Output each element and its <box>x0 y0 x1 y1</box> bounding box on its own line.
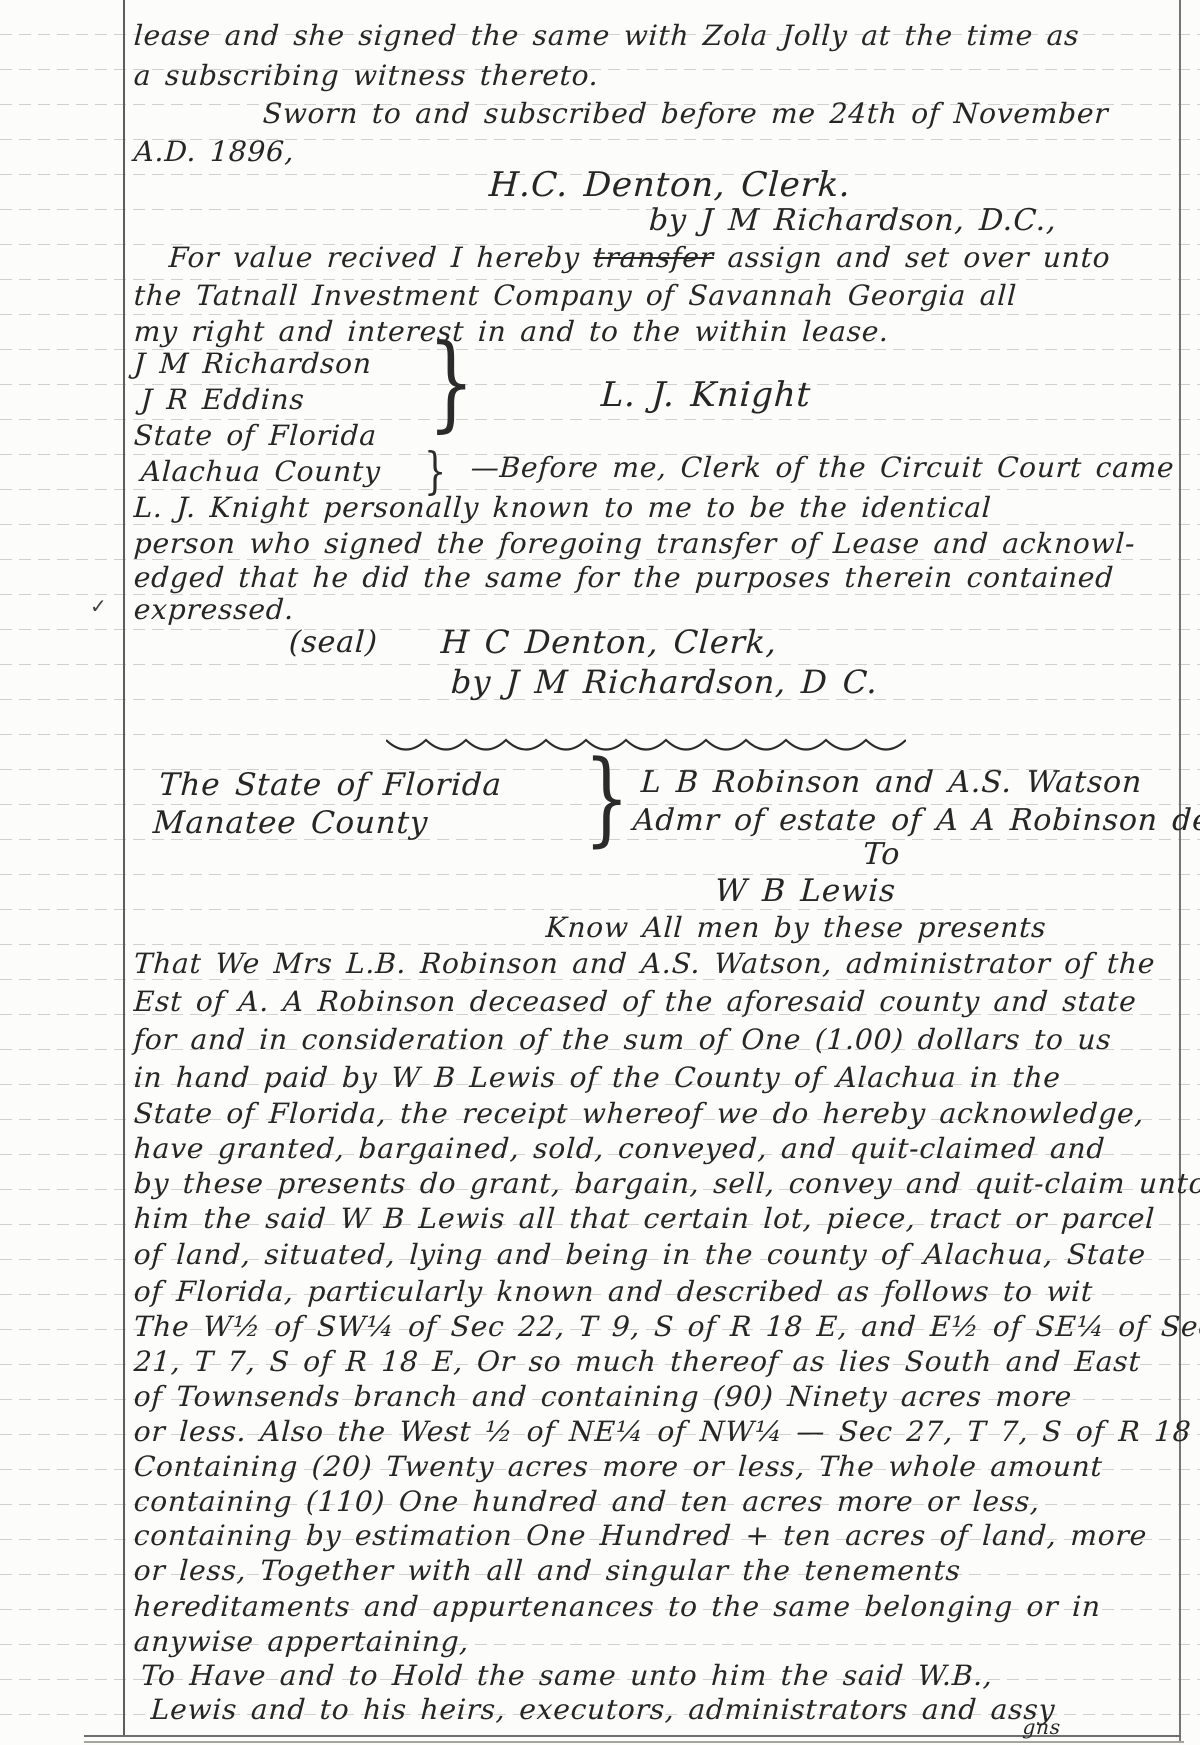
handwriting-line: by these presents do grant, bargain, sel… <box>133 1168 1200 1200</box>
handwriting-line: a subscribing witness thereto. <box>133 60 599 92</box>
grantor-title: Admr of estate of A A Robinson decd <box>632 804 1200 839</box>
venue-state-line: State of Florida <box>133 420 378 452</box>
left-margin-line <box>123 0 125 1737</box>
handwriting-line: L. J. Knight personally known to me to b… <box>133 492 992 524</box>
handwriting-line: in hand paid by W B Lewis of the County … <box>133 1062 1062 1094</box>
deputy-clerk-signature: by J M Richardson, D C. <box>450 664 879 701</box>
line-text: assign and set over unto <box>713 241 1111 274</box>
handwriting-line: anywise appertaining, <box>133 1626 470 1658</box>
handwriting-line: or less, Together with all and singular … <box>133 1555 962 1587</box>
handwriting-line: him the said W B Lewis all that certain … <box>133 1203 1156 1235</box>
wavy-divider <box>386 734 906 760</box>
handwriting-line: expressed. <box>133 594 295 626</box>
struck-word: transfer <box>593 241 715 274</box>
grantee-name: W B Lewis <box>714 874 897 910</box>
witness-name: J R Eddins <box>140 384 305 416</box>
venue-county-line: Alachua County <box>140 456 382 488</box>
handwriting-line: Know All men by these presents <box>545 912 1047 944</box>
handwriting-line: of Florida, particularly known and descr… <box>133 1276 1094 1308</box>
deputy-clerk-signature: by J M Richardson, D.C., <box>648 204 1058 239</box>
handwriting-line: my right and interest in and to the with… <box>133 316 890 348</box>
witness-block-brace: } <box>428 330 474 434</box>
handwriting-line: lease and she signed the same with Zola … <box>133 20 1080 52</box>
county-line-brace: } <box>424 446 446 496</box>
clerk-signature: H C Denton, Clerk, <box>440 624 778 661</box>
handwriting-line: That We Mrs L.B. Robinson and A.S. Watso… <box>133 948 1156 980</box>
handwriting-line: State of Florida, the receipt whereof we… <box>133 1098 1145 1130</box>
trailing-word-fragment: gns <box>1022 1716 1062 1739</box>
legal-description-line: or less. Also the West ½ of NE¼ of NW¼ —… <box>133 1416 1200 1448</box>
line-text: For value recived I hereby <box>168 241 594 274</box>
handwriting-line: hereditaments and appurtenances to the s… <box>133 1591 1102 1623</box>
habendum-line: To Have and to Hold the same unto him th… <box>140 1660 994 1692</box>
legal-description-line: Containing (20) Twenty acres more or les… <box>133 1451 1103 1483</box>
legal-description-line: containing by estimation One Hundred + t… <box>133 1520 1148 1552</box>
caption-to-label: To <box>862 838 901 873</box>
lj-knight-signature: L. J. Knight <box>600 376 812 415</box>
bottom-page-edge <box>84 1735 1181 1737</box>
legal-description-line: containing (110) One hundred and ten acr… <box>133 1486 1041 1518</box>
legal-description-line: 21, T 7, S of R 18 E, Or so much thereof… <box>133 1346 1141 1378</box>
handwriting-line: of land, situated, lying and being in th… <box>133 1239 1147 1271</box>
witness-name: J M Richardson <box>133 348 373 380</box>
handwriting-line: Est of A. A Robinson deceased of the afo… <box>133 986 1137 1018</box>
handwriting-line: A.D. 1896, <box>133 136 295 168</box>
handwriting-line: Sworn to and subscribed before me 24th o… <box>262 98 1109 130</box>
handwriting-line: edged that he did the same for the purpo… <box>133 562 1115 594</box>
habendum-line: Lewis and to his heirs, executors, admin… <box>150 1694 1056 1726</box>
right-page-edge <box>1179 0 1181 1741</box>
caption-state-line: The State of Florida <box>158 768 503 804</box>
handwriting-line: have granted, bargained, sold, conveyed,… <box>133 1133 1106 1165</box>
legal-description-line: of Townsends branch and containing (90) … <box>133 1381 1073 1413</box>
grantor-names: L B Robinson and A.S. Watson <box>640 766 1143 801</box>
handwriting-line: For value recived I hereby transfer assi… <box>168 242 1111 274</box>
margin-checkmark: ✓ <box>90 594 107 618</box>
caption-county-line: Manatee County <box>152 806 429 842</box>
scanned-deed-page: lease and she signed the same with Zola … <box>0 0 1200 1745</box>
handwriting-line: person who signed the foregoing transfer… <box>133 528 1136 560</box>
handwriting-line: the Tatnall Investment Company of Savann… <box>133 280 1018 312</box>
seal-annotation: (seal) <box>288 626 379 661</box>
clerk-signature: H.C. Denton, Clerk. <box>488 166 852 205</box>
legal-description-line: The W½ of SW¼ of Sec 22, T 9, S of R 18 … <box>133 1311 1200 1343</box>
caption-block-brace: } <box>584 748 629 850</box>
handwriting-line: for and in consideration of the sum of O… <box>133 1024 1112 1056</box>
bottom-page-edge-shadow <box>84 1741 1184 1743</box>
handwriting-line: —Before me, Clerk of the Circuit Court c… <box>470 452 1175 484</box>
